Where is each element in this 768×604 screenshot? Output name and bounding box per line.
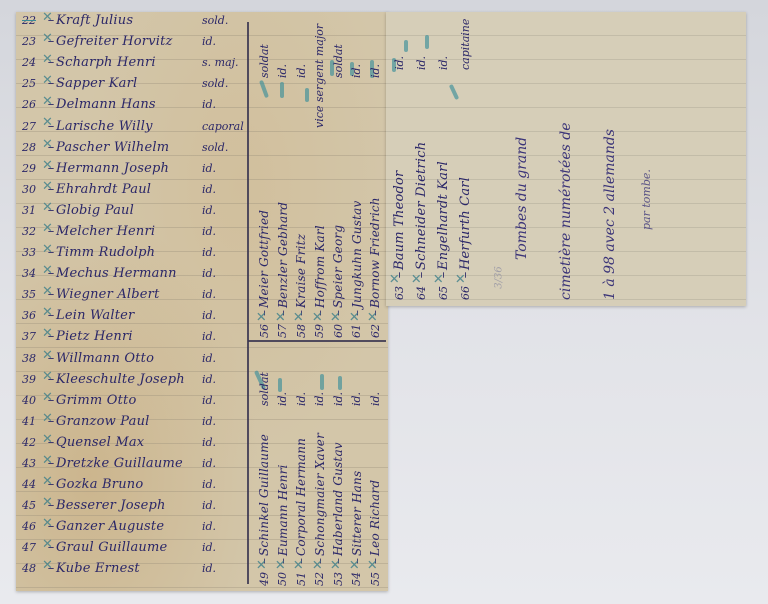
check-x-icon: ✕ xyxy=(454,273,469,284)
check-x-icon: ✕ xyxy=(42,242,53,257)
check-x-icon: ✕ xyxy=(42,221,53,236)
entry-rank: id. xyxy=(313,346,326,406)
entry-rank: id. xyxy=(202,309,250,322)
entry-rank: id. xyxy=(202,520,250,533)
entry-rank: id. xyxy=(202,35,250,48)
check-x-icon: ✕ xyxy=(42,158,53,173)
register-entry: 49–Schinkel Guillaumesoldat✕ xyxy=(255,346,274,586)
entry-name: Gefreiter Horvitz xyxy=(56,34,202,49)
entry-rank: id. xyxy=(202,373,250,386)
entry-rank: soldat xyxy=(332,18,345,78)
entry-name: Haberland Gustav xyxy=(331,406,345,556)
check-x-icon: ✕ xyxy=(311,311,326,322)
check-x-icon: ✕ xyxy=(292,311,307,322)
entry-name: Kube Ernest xyxy=(56,561,202,576)
annotation-line: par tombe. xyxy=(632,20,660,300)
check-x-icon: ✕ xyxy=(388,273,403,284)
register-entry: 51–Corporal Hermannid.✕ xyxy=(292,346,311,586)
entry-rank: soldat xyxy=(258,346,271,406)
section-divider xyxy=(248,340,386,342)
entry-rank: id. xyxy=(202,225,250,238)
register-entry: 53–Haberland Gustavid.✕ xyxy=(329,346,348,586)
entry-rank: sold. xyxy=(202,77,250,90)
check-x-icon: ✕ xyxy=(329,311,344,322)
entry-name: Meier Gottfried xyxy=(257,78,271,308)
register-entry: 26–Delmann Hansid.✕ xyxy=(22,94,250,115)
entry-rank: id. xyxy=(202,541,250,554)
entry-rank: id. xyxy=(202,204,250,217)
register-entry: 33–Timm Rudolphid.✕ xyxy=(22,242,250,263)
entry-name: Delmann Hans xyxy=(56,97,202,112)
check-x-icon: ✕ xyxy=(274,311,289,322)
entry-name: Eumann Henri xyxy=(276,406,290,556)
entry-rank: id. xyxy=(202,499,250,512)
register-entry: 34–Mechus Hermannid.✕ xyxy=(22,263,250,284)
check-x-icon: ✕ xyxy=(311,559,326,570)
register-entry: 64–Schneider Dietrichid.✕ xyxy=(410,10,432,300)
entry-rank: id. xyxy=(202,162,250,175)
entry-rank: id. xyxy=(202,98,250,111)
register-entry: 32–Melcher Henriid.✕ xyxy=(22,221,250,242)
entry-rank: id. xyxy=(369,346,382,406)
register-entry: 65–Engelhardt Karlid.✕ xyxy=(432,10,454,300)
entry-rank: sold. xyxy=(202,141,250,154)
check-x-icon: ✕ xyxy=(42,73,53,88)
entry-rank: capitaine xyxy=(459,10,472,70)
pencil-mark: 3/36 xyxy=(494,266,505,288)
register-entry: 62–Bornow Friedrichid.✕ xyxy=(366,18,385,338)
entry-name: Graul Guillaume xyxy=(56,540,202,555)
check-x-icon: ✕ xyxy=(42,348,53,363)
check-x-icon: ✕ xyxy=(42,516,53,531)
entry-rank: id. xyxy=(202,246,250,259)
entry-name: Speier Georg xyxy=(331,78,345,308)
register-entry: 52–Schongmaier Xaverid.✕ xyxy=(311,346,330,586)
entry-name: Hoffrom Karl xyxy=(313,128,327,308)
entry-name: Schneider Dietrich xyxy=(414,70,429,270)
check-x-icon: ✕ xyxy=(42,200,53,215)
check-x-icon: ✕ xyxy=(329,559,344,570)
entry-name: Baum Theodor xyxy=(392,70,407,270)
entry-name: Timm Rudolph xyxy=(56,245,202,260)
entry-rank: id. xyxy=(437,10,450,70)
register-entry: 60–Speier Georgsoldat✕ xyxy=(329,18,348,338)
register-entry: 25–Sapper Karlsold.✕ xyxy=(22,73,250,94)
entry-name: Jungkuhn Gustav xyxy=(350,78,364,308)
entry-name: Gozka Bruno xyxy=(56,477,202,492)
entry-name: Herfurth Carl xyxy=(458,70,473,270)
check-x-icon: ✕ xyxy=(42,411,53,426)
entry-rank: id. xyxy=(393,10,406,70)
entry-name: Dretzke Guillaume xyxy=(56,456,202,471)
entry-name: Willmann Otto xyxy=(56,351,202,366)
register-entry: 35–Wiegner Albertid.✕ xyxy=(22,284,250,305)
check-x-icon: ✕ xyxy=(42,94,53,109)
entry-name: Ganzer Auguste xyxy=(56,519,202,534)
check-x-icon: ✕ xyxy=(42,453,53,468)
entry-rank: id. xyxy=(202,457,250,470)
entry-name: Kraise Fritz xyxy=(294,78,308,308)
entry-name: Sitterer Hans xyxy=(350,406,364,556)
entry-name: Kleeschulte Joseph xyxy=(56,372,202,387)
entry-name: Globig Paul xyxy=(56,203,202,218)
entry-name: Hermann Joseph xyxy=(56,161,202,176)
entry-rank: id. xyxy=(415,10,428,70)
check-x-icon: ✕ xyxy=(42,432,53,447)
register-entry: 59–Hoffrom Karlvice sergent major✕ xyxy=(311,18,330,338)
check-x-icon: ✕ xyxy=(42,115,53,130)
entry-name: Ehrahrdt Paul xyxy=(56,182,202,197)
register-entry: 39–Kleeschulte Josephid.✕ xyxy=(22,369,250,390)
entry-rank: id. xyxy=(202,394,250,407)
check-x-icon: ✕ xyxy=(42,474,53,489)
check-x-icon: ✕ xyxy=(42,263,53,278)
register-entry: 43–Dretzke Guillaumeid.✕ xyxy=(22,453,250,474)
register-entry: 27–Larische Willycaporal✕ xyxy=(22,115,250,136)
register-entry: 57–Benzler Gebhardid.✕ xyxy=(274,18,293,338)
check-x-icon: ✕ xyxy=(42,495,53,510)
entry-rank: id. xyxy=(202,267,250,280)
check-x-icon: ✕ xyxy=(42,537,53,552)
entry-name: Schinkel Guillaume xyxy=(257,406,271,556)
check-x-icon: ✕ xyxy=(255,311,270,322)
entry-rank: id. xyxy=(295,346,308,406)
register-entry: 30–Ehrahrdt Paulid.✕ xyxy=(22,179,250,200)
entry-name: Lein Walter xyxy=(56,308,202,323)
register-entry: 37–Pietz Henriid.✕ xyxy=(22,326,250,347)
register-entry: 55–Leo Richardid.✕ xyxy=(366,346,385,586)
entry-name: Melcher Henri xyxy=(56,224,202,239)
entry-name: Engelhardt Karl xyxy=(436,70,451,270)
register-entry: 45–Besserer Josephid.✕ xyxy=(22,495,250,516)
register-entry: 22–Kraft Juliussold.✕ xyxy=(22,10,250,31)
register-entry: 40–Grimm Ottoid.✕ xyxy=(22,390,250,411)
entry-name: Bornow Friedrich xyxy=(368,78,382,308)
entry-rank: id. xyxy=(202,352,250,365)
register-entry: 61–Jungkuhn Gustavid.✕ xyxy=(348,18,367,338)
check-x-icon: ✕ xyxy=(42,179,53,194)
check-x-icon: ✕ xyxy=(42,305,53,320)
entry-rank: caporal xyxy=(202,120,250,133)
register-entry: 47–Graul Guillaumeid.✕ xyxy=(22,537,250,558)
entry-name: Pietz Henri xyxy=(56,329,202,344)
register-entry: 44–Gozka Brunoid.✕ xyxy=(22,474,250,495)
entry-name: Besserer Joseph xyxy=(56,498,202,513)
entry-name: Quensel Max xyxy=(56,435,202,450)
entry-rank: id. xyxy=(276,18,289,78)
entry-name: Pascher Wilhelm xyxy=(56,140,202,155)
entry-rank: id. xyxy=(202,415,250,428)
entry-rank: id. xyxy=(202,562,250,575)
annotation-line: cimetière numérotées de xyxy=(544,20,588,300)
entry-rank: id. xyxy=(202,288,250,301)
register-entry: 24–Scharph Henris. maj.✕ xyxy=(22,52,250,73)
entry-rank: id. xyxy=(202,330,250,343)
entry-rank: id. xyxy=(202,183,250,196)
entry-rank: id. xyxy=(350,346,363,406)
entry-name: Corporal Hermann xyxy=(294,406,308,556)
entry-rank: id. xyxy=(202,436,250,449)
entry-rank: soldat xyxy=(258,18,271,78)
register-entry: 23–Gefreiter Horvitzid.✕ xyxy=(22,31,250,52)
entry-name: Wiegner Albert xyxy=(56,287,202,302)
register-entry: 56–Meier Gottfriedsoldat✕ xyxy=(255,18,274,338)
register-entry: 42–Quensel Maxid.✕ xyxy=(22,432,250,453)
check-x-icon: ✕ xyxy=(366,311,381,322)
entry-rank: id. xyxy=(350,18,363,78)
entry-name: Scharph Henri xyxy=(56,55,202,70)
check-x-icon: ✕ xyxy=(348,311,363,322)
entry-rank: id. xyxy=(369,18,382,78)
check-x-icon: ✕ xyxy=(42,52,53,67)
entry-name: Benzler Gebhard xyxy=(276,78,290,308)
register-entry: 48–Kube Ernestid.✕ xyxy=(22,558,250,579)
register-entry: 50–Eumann Henriid.✕ xyxy=(274,346,293,586)
entry-name: Leo Richard xyxy=(368,406,382,556)
entry-name: Kraft Julius xyxy=(56,13,202,28)
entry-name: Sapper Karl xyxy=(56,76,202,91)
check-x-icon: ✕ xyxy=(274,559,289,570)
check-x-icon: ✕ xyxy=(42,284,53,299)
check-x-icon: ✕ xyxy=(42,10,53,25)
register-entry: 66–Herfurth Carlcapitaine✕ xyxy=(454,10,476,300)
check-x-icon: ✕ xyxy=(42,137,53,152)
entry-name: Grimm Otto xyxy=(56,393,202,408)
check-x-icon: ✕ xyxy=(42,558,53,573)
check-x-icon: ✕ xyxy=(348,559,363,570)
check-x-icon: ✕ xyxy=(366,559,381,570)
entry-rank: id. xyxy=(295,18,308,78)
entry-name: Schongmaier Xaver xyxy=(313,406,327,556)
entry-rank: id. xyxy=(276,346,289,406)
register-entry: 38–Willmann Ottoid.✕ xyxy=(22,348,250,369)
entry-rank: id. xyxy=(332,346,345,406)
check-x-icon: ✕ xyxy=(42,369,53,384)
register-entry: 58–Kraise Fritzid.✕ xyxy=(292,18,311,338)
check-x-icon: ✕ xyxy=(432,273,447,284)
register-entry: 41–Granzow Paulid.✕ xyxy=(22,411,250,432)
check-x-icon: ✕ xyxy=(292,559,307,570)
check-x-icon: ✕ xyxy=(410,273,425,284)
entry-rank: s. maj. xyxy=(202,56,250,69)
register-entry: 29–Hermann Josephid.✕ xyxy=(22,158,250,179)
register-entry: 63–Baum Theodorid.✕ xyxy=(388,10,410,300)
entry-rank: sold. xyxy=(202,14,250,27)
register-entry: 28–Pascher Wilhelmsold.✕ xyxy=(22,137,250,158)
register-list-left: 22–Kraft Juliussold.✕ 23–Gefreiter Horvi… xyxy=(22,10,250,580)
check-x-icon: ✕ xyxy=(255,559,270,570)
register-entry: 54–Sitterer Hansid.✕ xyxy=(348,346,367,586)
check-x-icon: ✕ xyxy=(42,326,53,341)
entry-rank: vice sergent major xyxy=(313,18,326,128)
register-entry: 36–Lein Walterid.✕ xyxy=(22,305,250,326)
annotation-line: 1 à 98 avec 2 allemands xyxy=(588,20,632,300)
check-x-icon: ✕ xyxy=(42,390,53,405)
register-entry: 46–Ganzer Augusteid.✕ xyxy=(22,516,250,537)
entry-name: Larische Willy xyxy=(56,119,202,134)
annotation-line: Tombes du grand xyxy=(500,20,544,300)
entry-name: Granzow Paul xyxy=(56,414,202,429)
check-x-icon: ✕ xyxy=(42,31,53,46)
register-entry: 31–Globig Paulid.✕ xyxy=(22,200,250,221)
entry-rank: id. xyxy=(202,478,250,491)
entry-name: Mechus Hermann xyxy=(56,266,202,281)
